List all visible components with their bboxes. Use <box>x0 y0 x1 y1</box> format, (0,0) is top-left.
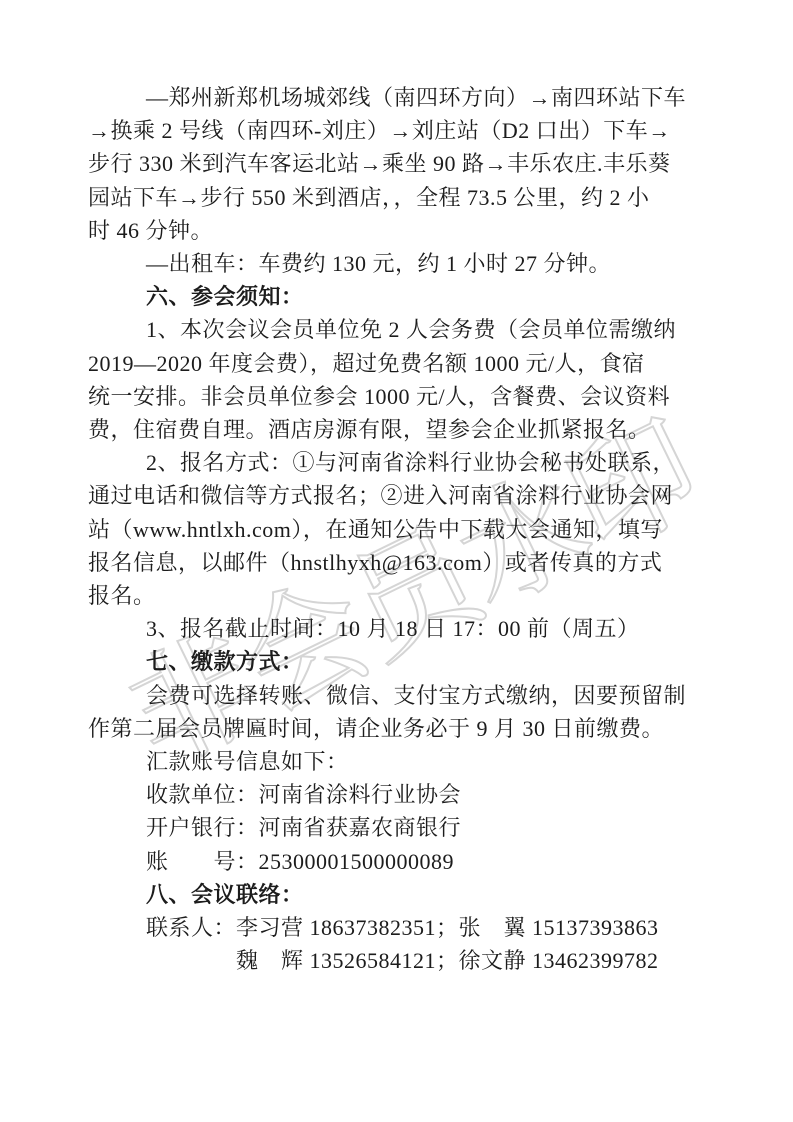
doc-line-route-transit: →换乘 2 号线（南四环-刘庄）→刘庄站（D2 口出）下车→ <box>88 114 693 147</box>
document-page: 非会员水印 —郑州新郑机场城郊线（南四环方向）→南四环站下车 →换乘 2 号线（… <box>0 0 793 1122</box>
doc-line-route-transit: 时 46 分钟。 <box>88 214 693 247</box>
doc-line-bank: 开户银行：河南省获嘉农商银行 <box>88 811 693 844</box>
doc-line-taxi: —出租车：车费约 130 元，约 1 小时 27 分钟。 <box>88 247 693 280</box>
section-heading-payment: 七、缴款方式： <box>88 645 693 678</box>
doc-line-payment: 作第二届会员牌匾时间，请企业务必于 9 月 30 日前缴费。 <box>88 712 693 745</box>
doc-line-registration: 报名信息，以邮件（hnstlhyxh@163.com）或者传真的方式 <box>88 546 693 579</box>
doc-line-remittance-intro: 汇款账号信息如下： <box>88 745 693 778</box>
doc-line-route-transit: 园站下车→步行 550 米到酒店，，全程 73.5 公里，约 2 小 <box>88 181 693 214</box>
doc-line-route-transit: 步行 330 米到汽车客运北站→乘坐 90 路→丰乐农庄.丰乐葵 <box>88 147 693 180</box>
doc-line-contacts: 联系人：李习营 18637382351；张 翼 15137393863 <box>88 911 693 944</box>
doc-line-registration: 站（www.hntlxh.com），在通知公告中下载大会通知，填写 <box>88 513 693 546</box>
doc-line-registration: 通过电话和微信等方式报名；②进入河南省涂料行业协会网 <box>88 479 693 512</box>
doc-line-contacts: 魏 辉 13526584121；徐文静 13462399782 <box>88 944 693 977</box>
doc-line-deadline: 3、报名截止时间：10 月 18 日 17：00 前（周五） <box>88 612 693 645</box>
doc-line-fees: 统一安排。非会员单位参会 1000 元/人，含餐费、会议资料 <box>88 380 693 413</box>
doc-line-payee: 收款单位：河南省涂料行业协会 <box>88 778 693 811</box>
section-heading-contact: 八、会议联络： <box>88 878 693 911</box>
document-content: —郑州新郑机场城郊线（南四环方向）→南四环站下车 →换乘 2 号线（南四环-刘庄… <box>88 81 693 977</box>
doc-line-payment: 会费可选择转账、微信、支付宝方式缴纳，因要预留制 <box>88 679 693 712</box>
doc-line-fees: 1、本次会议会员单位免 2 人会务费（会员单位需缴纳 <box>88 313 693 346</box>
doc-line-route-transit: —郑州新郑机场城郊线（南四环方向）→南四环站下车 <box>88 81 693 114</box>
doc-line-fees: 2019—2020 年度会费），超过免费名额 1000 元/人，食宿 <box>88 347 693 380</box>
doc-line-registration: 2、报名方式：①与河南省涂料行业协会秘书处联系， <box>88 446 693 479</box>
doc-line-fees: 费，住宿费自理。酒店房源有限，望参会企业抓紧报名。 <box>88 413 693 446</box>
doc-line-account-number: 账 号：25300001500000089 <box>88 845 693 878</box>
doc-line-registration: 报名。 <box>88 579 693 612</box>
section-heading-notice: 六、参会须知： <box>88 280 693 313</box>
